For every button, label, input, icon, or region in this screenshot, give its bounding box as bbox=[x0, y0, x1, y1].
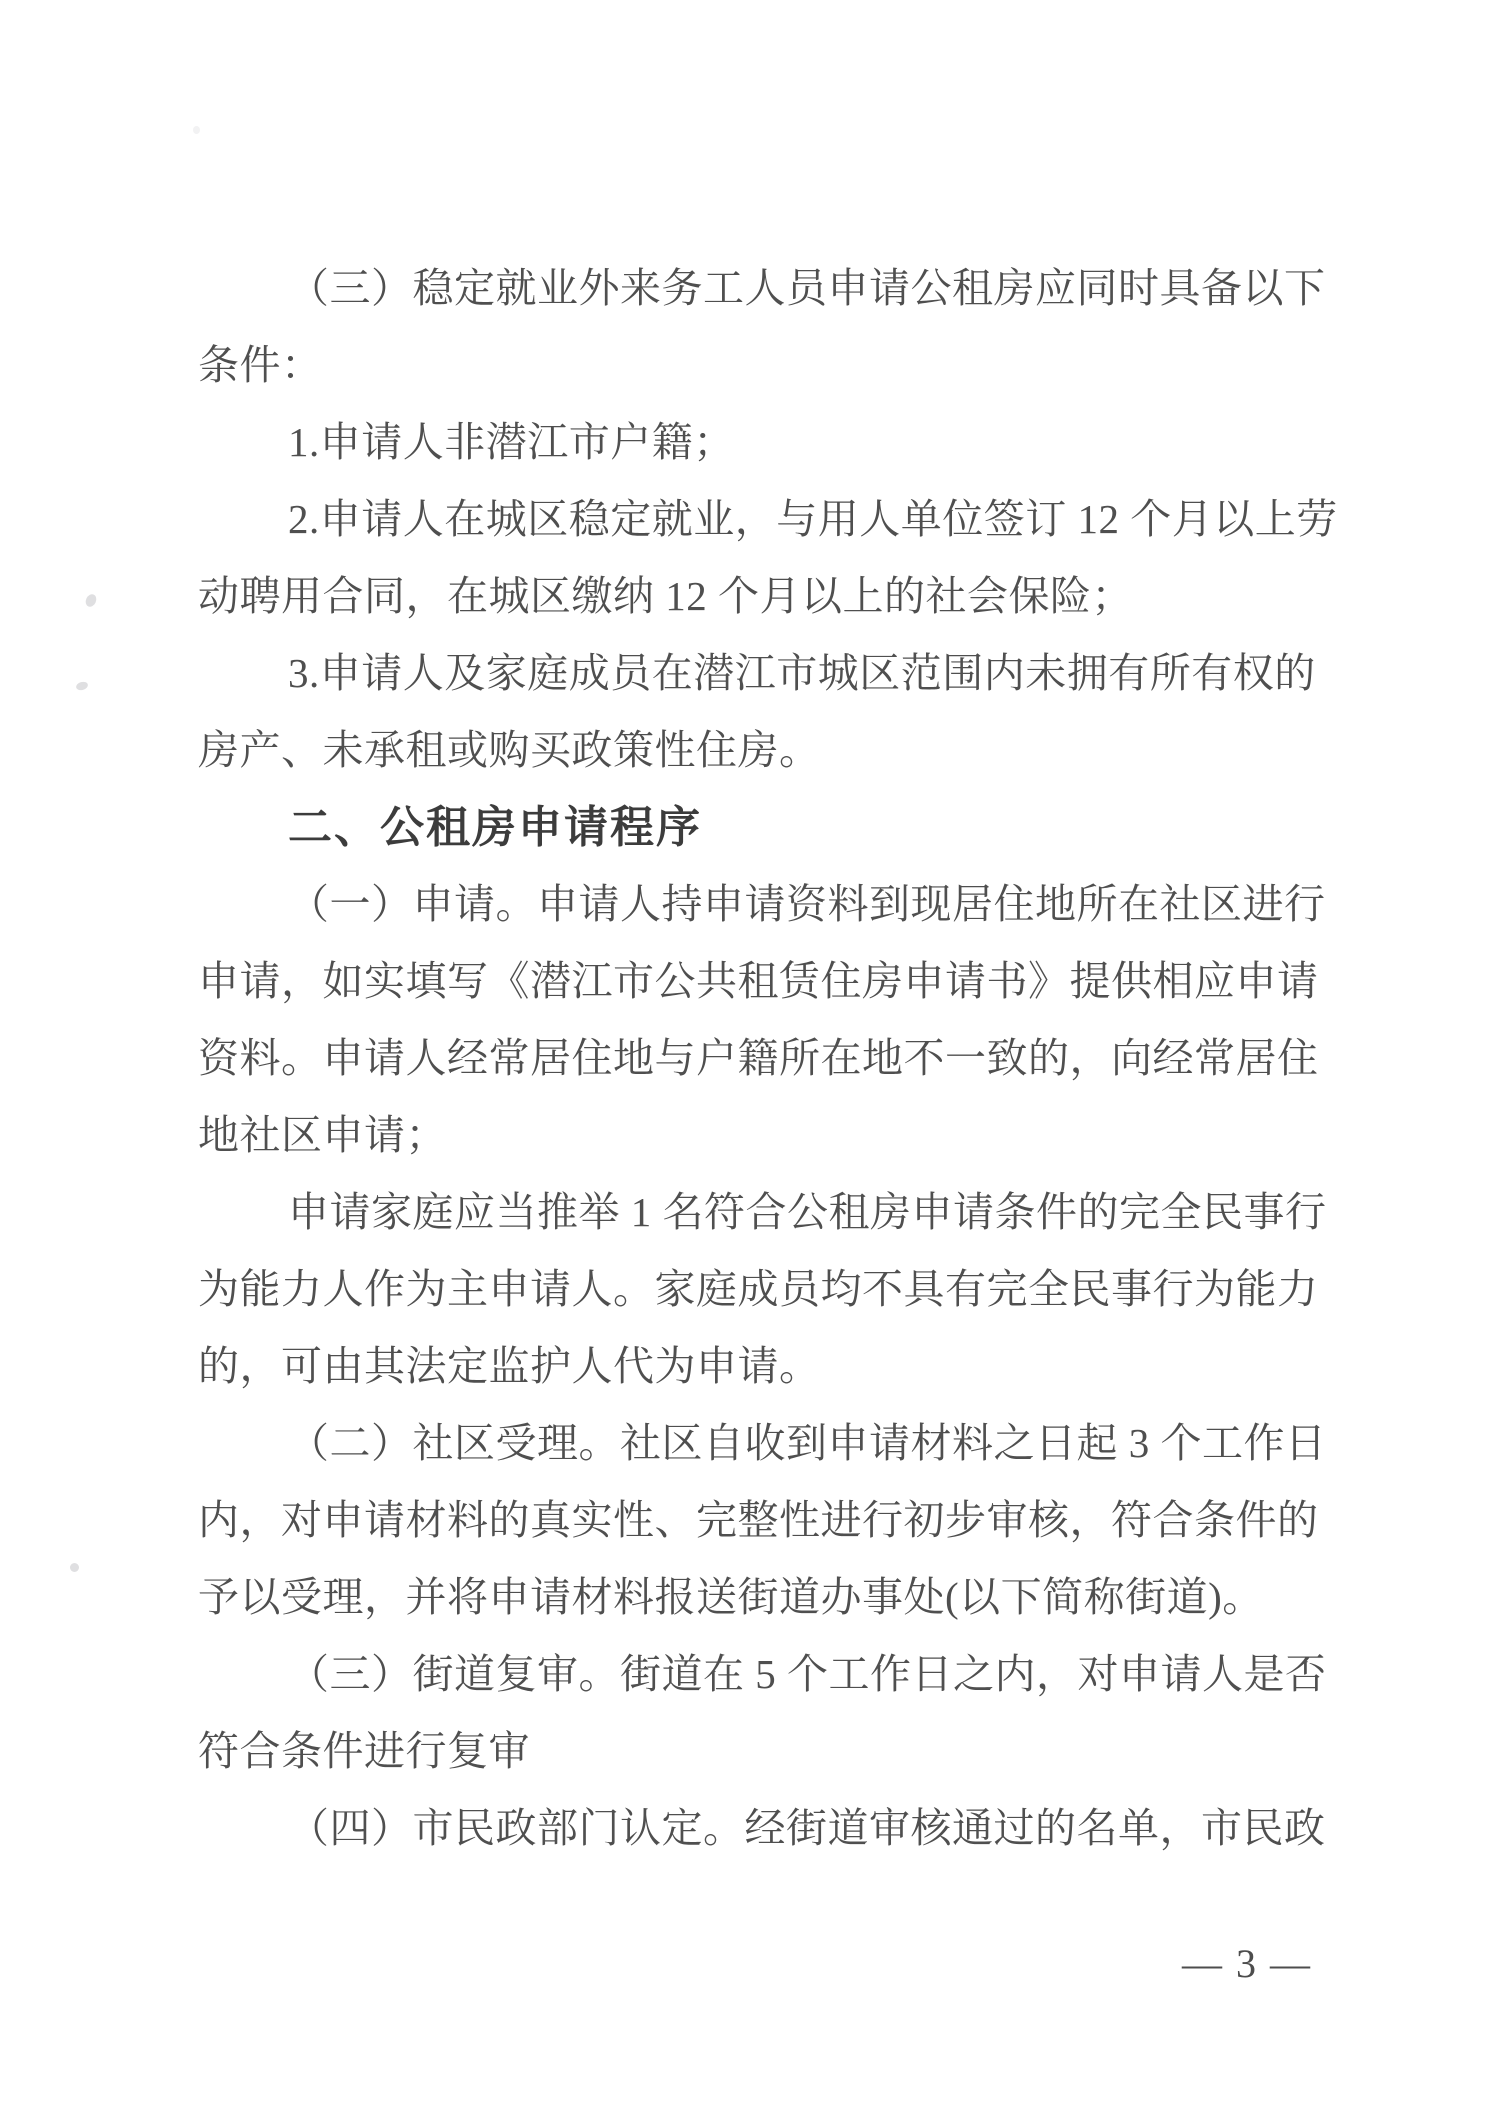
text-line: 2.申请人在城区稳定就业，与用人单位签订 12 个月以上劳 bbox=[198, 481, 1302, 558]
text-line: （一）申请。申请人持申请资料到现居住地所在社区进行 bbox=[198, 866, 1302, 943]
text-line: 条件： bbox=[198, 327, 1302, 404]
text-line: 内，对申请材料的真实性、完整性进行初步审核，符合条件的 bbox=[198, 1482, 1302, 1559]
scan-artifact bbox=[193, 126, 200, 134]
text-line: 3.申请人及家庭成员在潜江市城区范围内未拥有所有权的 bbox=[198, 635, 1302, 712]
scan-artifact bbox=[75, 681, 89, 692]
document-page: （三）稳定就业外来务工人员申请公租房应同时具备以下 条件： 1.申请人非潜江市户… bbox=[0, 0, 1488, 2104]
text-line: 动聘用合同，在城区缴纳 12 个月以上的社会保险； bbox=[198, 558, 1302, 635]
document-body: （三）稳定就业外来务工人员申请公租房应同时具备以下 条件： 1.申请人非潜江市户… bbox=[198, 250, 1302, 1867]
text-line: 予以受理，并将申请材料报送街道办事处(以下简称街道)。 bbox=[198, 1559, 1302, 1636]
scan-artifact bbox=[84, 592, 99, 608]
text-line: （三）街道复审。街道在 5 个工作日之内，对申请人是否 bbox=[198, 1636, 1302, 1713]
text-line: 房产、未承租或购买政策性住房。 bbox=[198, 712, 1302, 789]
text-line: （四）市民政部门认定。经街道审核通过的名单，市民政 bbox=[198, 1790, 1302, 1867]
scan-artifact bbox=[70, 1563, 79, 1572]
page-number: — 3 — bbox=[1182, 1938, 1312, 1990]
text-line: 资料。申请人经常居住地与户籍所在地不一致的，向经常居住 bbox=[198, 1020, 1302, 1097]
section-heading: 二、公租房申请程序 bbox=[198, 789, 1302, 866]
text-line: 的，可由其法定监护人代为申请。 bbox=[198, 1328, 1302, 1405]
text-line: 地社区申请； bbox=[198, 1097, 1302, 1174]
text-line: 1.申请人非潜江市户籍； bbox=[198, 404, 1302, 481]
text-line: 符合条件进行复审 bbox=[198, 1713, 1302, 1790]
text-line: 为能力人作为主申请人。家庭成员均不具有完全民事行为能力 bbox=[198, 1251, 1302, 1328]
text-line: 申请，如实填写《潜江市公共租赁住房申请书》提供相应申请 bbox=[198, 943, 1302, 1020]
text-line: 申请家庭应当推举 1 名符合公租房申请条件的完全民事行 bbox=[198, 1174, 1302, 1251]
text-line: （三）稳定就业外来务工人员申请公租房应同时具备以下 bbox=[198, 250, 1302, 327]
text-line: （二）社区受理。社区自收到申请材料之日起 3 个工作日 bbox=[198, 1405, 1302, 1482]
